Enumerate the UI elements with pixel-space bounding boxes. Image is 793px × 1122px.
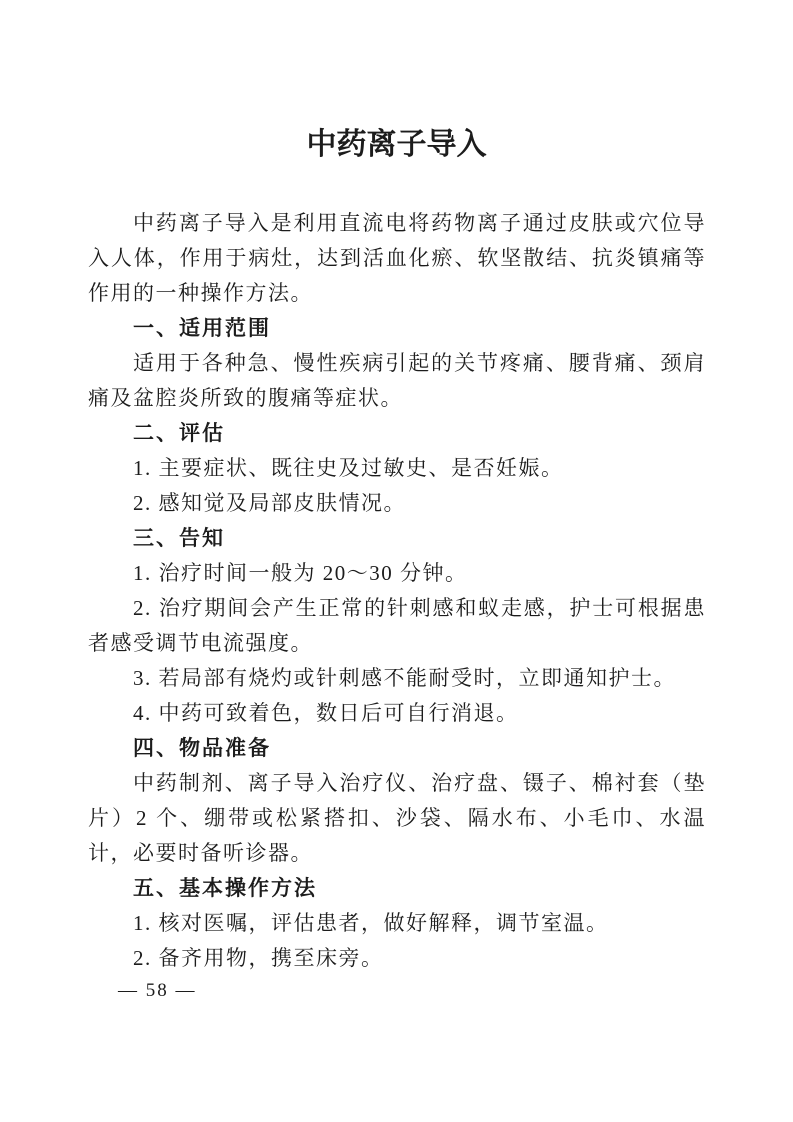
paragraph: 1. 核对医嘱，评估患者，做好解释，调节室温。 <box>88 906 706 941</box>
paragraph: 2. 备齐用物，携至床旁。 <box>88 941 706 976</box>
page-footer: — 58 — <box>118 978 197 1004</box>
paragraph: 适用于各种急、慢性疾病引起的关节疼痛、腰背痛、颈肩痛及盆腔炎所致的腹痛等症状。 <box>88 346 706 416</box>
page-number: — 58 — <box>118 980 197 1001</box>
page-title: 中药离子导入 <box>0 124 793 166</box>
document-body: 中药离子导入是利用直流电将药物离子通过皮肤或穴位导入人体，作用于病灶，达到活血化… <box>88 206 706 976</box>
paragraph: 中药制剂、离子导入治疗仪、治疗盘、镊子、棉衬套（垫片）2 个、绷带或松紧搭扣、沙… <box>88 766 706 871</box>
section-heading: 三、告知 <box>88 521 706 556</box>
paragraph: 1. 主要症状、既往史及过敏史、是否妊娠。 <box>88 451 706 486</box>
paragraph: 4. 中药可致着色，数日后可自行消退。 <box>88 696 706 731</box>
section-heading: 四、物品准备 <box>88 731 706 766</box>
paragraph: 1. 治疗时间一般为 20～30 分钟。 <box>88 556 706 591</box>
paragraph: 2. 治疗期间会产生正常的针刺感和蚁走感，护士可根据患者感受调节电流强度。 <box>88 591 706 661</box>
paragraph: 3. 若局部有烧灼或针刺感不能耐受时，立即通知护士。 <box>88 661 706 696</box>
document-page: 中药离子导入 中药离子导入是利用直流电将药物离子通过皮肤或穴位导入人体，作用于病… <box>0 0 793 1122</box>
paragraph: 中药离子导入是利用直流电将药物离子通过皮肤或穴位导入人体，作用于病灶，达到活血化… <box>88 206 706 311</box>
section-heading: 一、适用范围 <box>88 311 706 346</box>
section-heading: 二、评估 <box>88 416 706 451</box>
paragraph: 2. 感知觉及局部皮肤情况。 <box>88 486 706 521</box>
section-heading: 五、基本操作方法 <box>88 871 706 906</box>
